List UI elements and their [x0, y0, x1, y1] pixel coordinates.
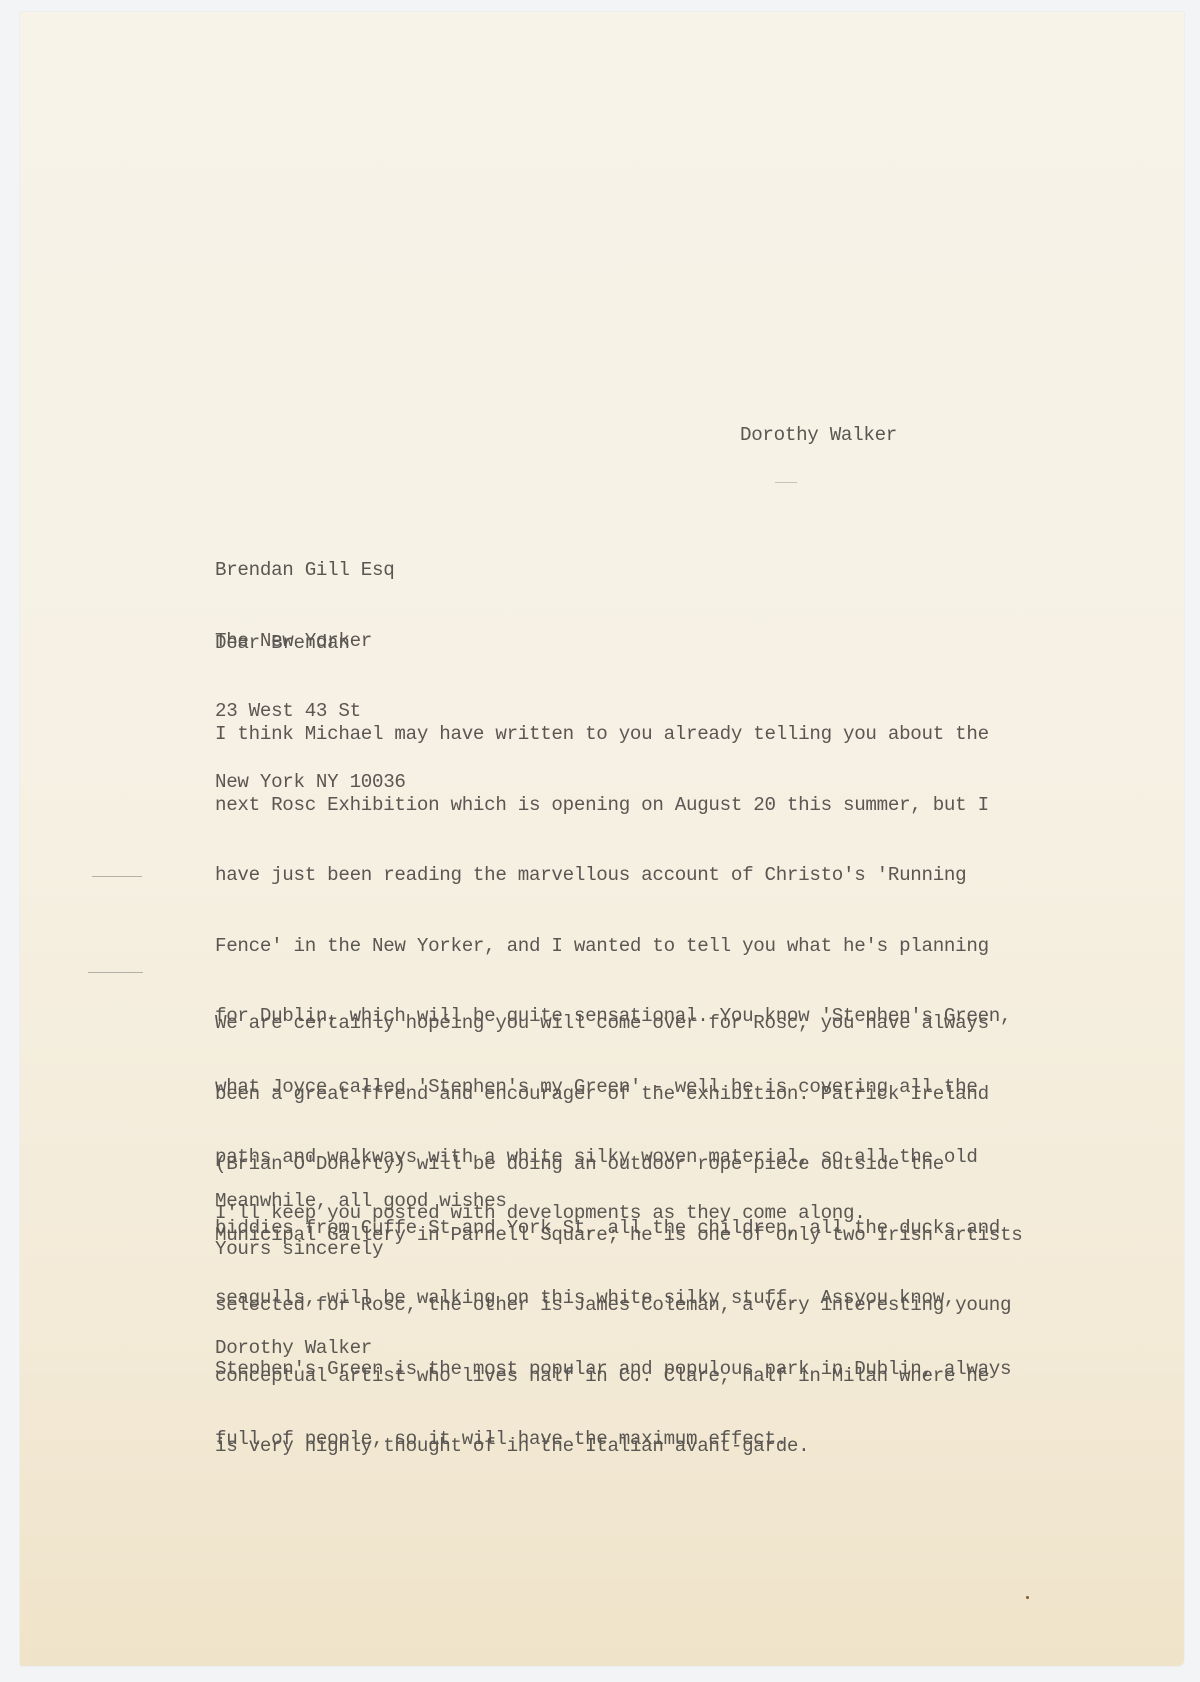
well-wishes: Meanwhile, all good wishes: [215, 1190, 507, 1214]
paragraph-line: been a great ffrend and encourager of th…: [215, 1083, 1022, 1107]
salutation: Dear Brendan: [215, 632, 350, 656]
paragraph-line: next Rosc Exhibition which is opening on…: [215, 794, 1011, 818]
paragraph-line: have just been reading the marvellous ac…: [215, 864, 1011, 888]
paragraph-line: selected for Rosc, the other is James Co…: [215, 1294, 1022, 1318]
margin-fold-mark: [92, 876, 142, 877]
paragraph-line: Fence' in the New Yorker, and I wanted t…: [215, 935, 1011, 959]
signature: Dorothy Walker: [215, 1337, 372, 1361]
closing: Yours sincerely: [215, 1238, 383, 1262]
letter-page: Dorothy Walker Brendan Gill Esq The New …: [20, 12, 1184, 1666]
paragraph-line: I think Michael may have written to you …: [215, 723, 1011, 747]
sender-header: Dorothy Walker: [740, 424, 897, 448]
paragraph-line: conceptual artist who lives half in Co. …: [215, 1365, 1022, 1389]
paragraph-line: We are certainly hopéing you will come o…: [215, 1012, 1022, 1036]
underline-mark: [775, 482, 797, 483]
margin-fold-mark: [88, 972, 143, 973]
paper-speck: [1026, 1596, 1029, 1599]
recipient-name: Brendan Gill Esq: [215, 559, 406, 583]
paragraph-line: is very highly thought of in the Italian…: [215, 1435, 1022, 1459]
